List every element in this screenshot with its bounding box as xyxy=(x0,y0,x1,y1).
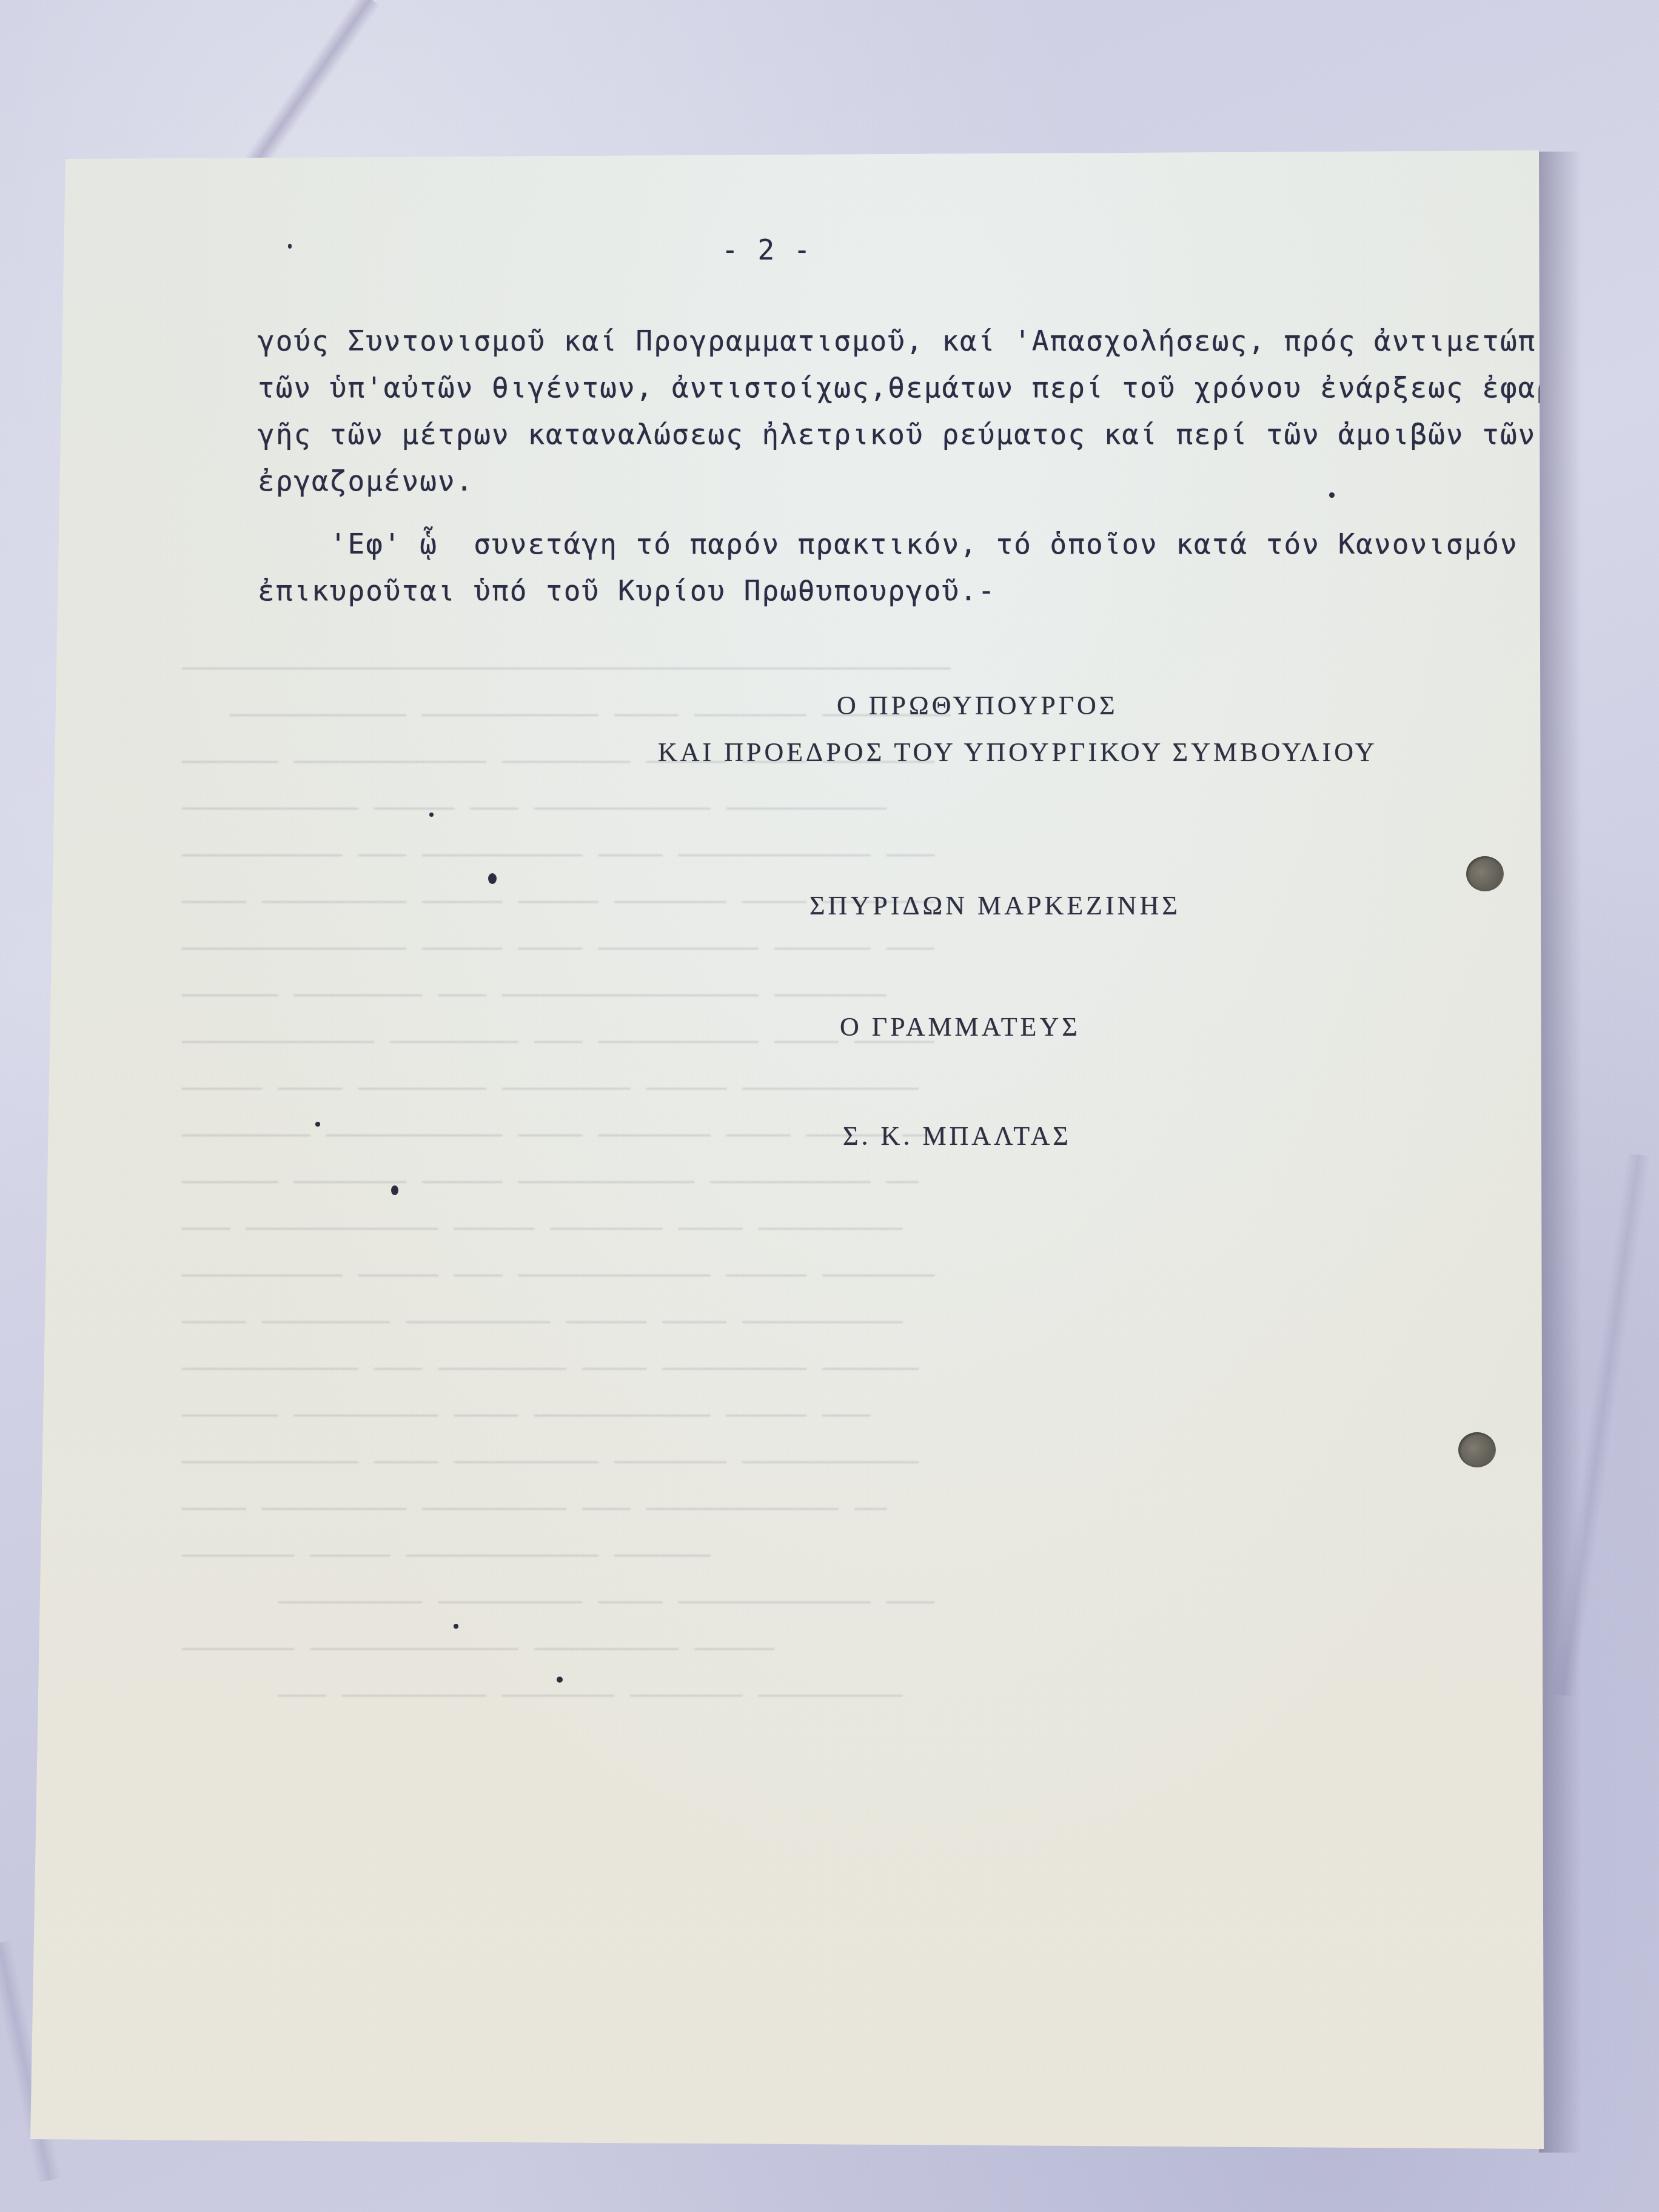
paragraph-line: ἐργαζομένων. xyxy=(258,464,474,497)
paragraph-line: ἐπικυροῦται ὑπό τοῦ Κυρίου Πρωθυπουργοῦ.… xyxy=(258,574,996,607)
ink-speck xyxy=(488,873,497,884)
ink-speck xyxy=(288,244,292,249)
punch-hole xyxy=(1466,856,1504,891)
page-number: - 2 - xyxy=(722,233,811,266)
paragraph-line: 'Εφ' ᾧ συνετάγη τό παρόν πρακτικόν, τό ὁ… xyxy=(258,528,1518,560)
paper-shadow xyxy=(1539,152,1581,2153)
ink-speck xyxy=(454,1624,458,1629)
paragraph-line: γῆς τῶν μέτρων καταναλώσεως ἠλετρικοῦ ρε… xyxy=(258,418,1536,451)
ink-speck xyxy=(557,1677,563,1683)
ink-speck xyxy=(429,813,434,817)
secretary-title: Ο ΓΡΑΜΜΑΤΕΥΣ xyxy=(840,1011,1081,1042)
secretary-name: Σ. Κ. ΜΠΑΛΤΑΣ xyxy=(843,1121,1071,1151)
prime-minister-name: ΣΠΥΡΙΔΩΝ ΜΑΡΚΕΖΙΝΗΣ xyxy=(809,890,1181,921)
council-president-title: ΚΑΙ ΠΡΟΕΔΡΟΣ ΤΟΥ ΥΠΟΥΡΓΙΚΟΥ ΣΥΜΒΟΥΛΙΟΥ xyxy=(658,737,1378,768)
bleed-through-text: ────────────────────────────────────────… xyxy=(182,600,1486,1721)
punch-hole xyxy=(1458,1432,1496,1467)
paragraph-line: γούς Συντονισμοῦ καί Προγραμματισμοῦ, κα… xyxy=(258,324,1608,357)
ink-speck xyxy=(391,1185,398,1195)
typewritten-page: ────────────────────────────────────────… xyxy=(0,0,1659,2212)
ink-speck xyxy=(315,1122,320,1127)
paragraph-line: τῶν ὑπ'αὐτῶν θιγέντων, ἀντιστοίχως,θεμάτ… xyxy=(258,371,1608,404)
ink-speck xyxy=(1329,492,1335,498)
prime-minister-title: Ο ΠΡΩΘΥΠΟΥΡΓΟΣ xyxy=(837,690,1118,721)
